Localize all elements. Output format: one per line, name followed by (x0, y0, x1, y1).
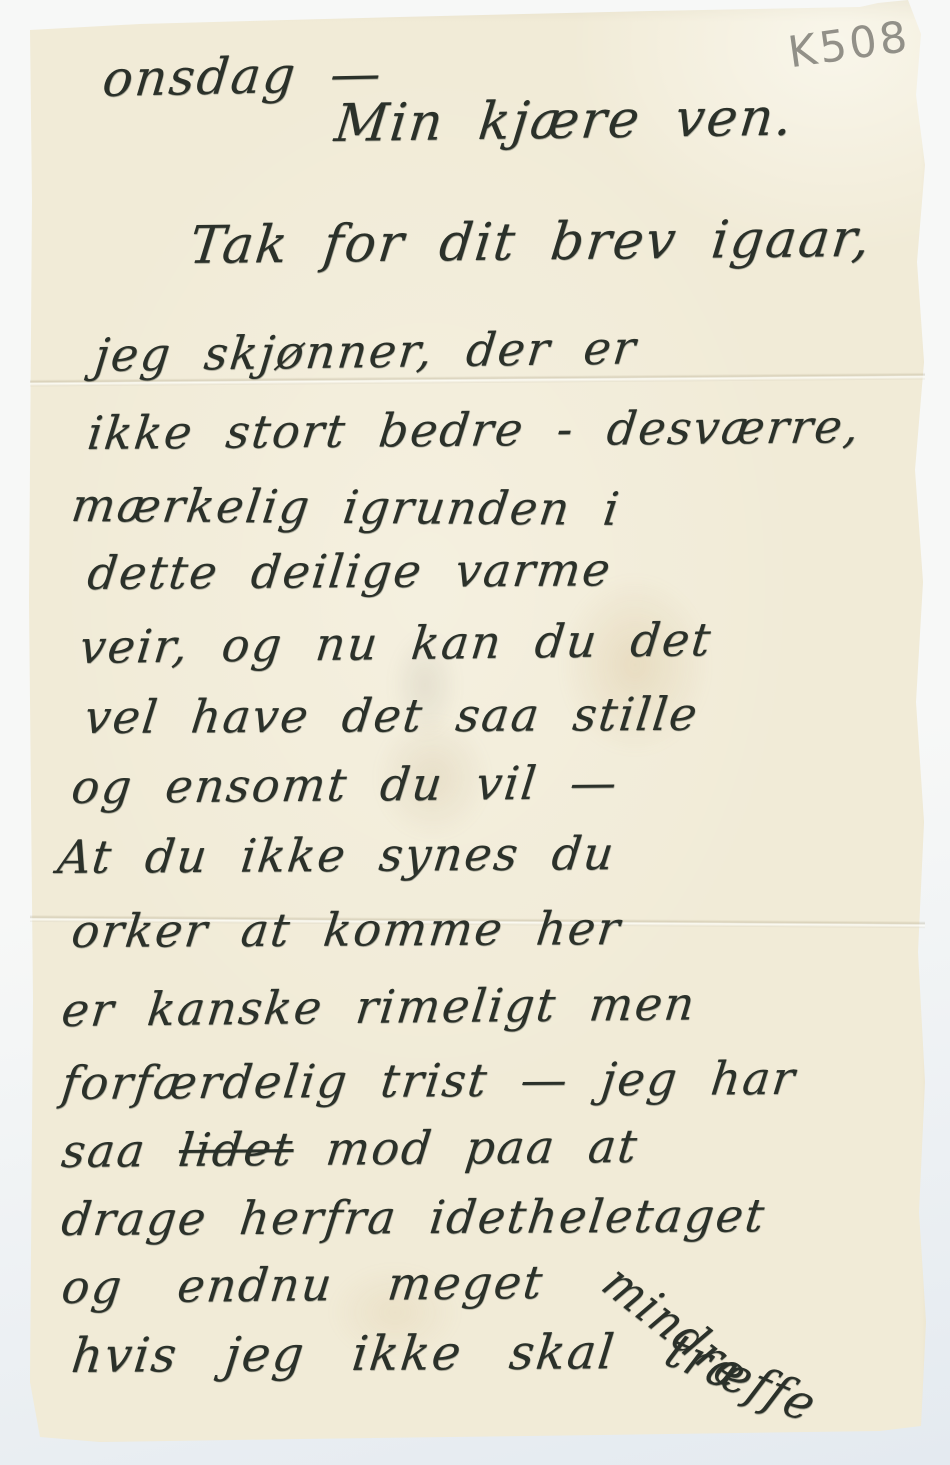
handwritten-line: forfærdelig trist — jeg har (59, 1051, 799, 1110)
handwritten-line: er kanske rimeligt men (59, 976, 699, 1037)
handwritten-line: saa lidet mod paa at (59, 1119, 642, 1178)
handwritten-line: vel have det saa stille (82, 687, 702, 744)
handwritten-line: veir, og nu kan du det (77, 612, 715, 674)
line-segment: og endnu meget (59, 1254, 602, 1314)
handwritten-line: og ensomt du vil — (69, 755, 622, 814)
letter-scan: K508 onsdag — Min kjære ven. Tak for dit… (0, 0, 950, 1465)
handwritten-line: mærkelig igrunden i (68, 478, 623, 536)
handwritten-line: Tak for dit brev igaar, (187, 209, 875, 276)
handwritten-line: hvis jeg ikke skal træffe (69, 1323, 829, 1384)
handwritten-line: og endnu meget mindre (59, 1252, 780, 1314)
handwritten-line: orker at komme her (69, 901, 625, 958)
line-segment: mod paa at (291, 1119, 642, 1176)
handwritten-line: dette deilige varme (85, 542, 615, 600)
handwritten-line: ikke stort bedre - desværre, (85, 399, 864, 460)
handwritten-line: jeg skjønner, der er (92, 320, 640, 382)
struck-word: lidet (176, 1122, 297, 1177)
salutation: Min kjære ven. (332, 88, 797, 155)
handwritten-line: drage herfra idetheletaget (59, 1188, 769, 1246)
handwritten-line: At du ikke synes du (55, 826, 619, 884)
line-segment: hvis jeg ikke skal (69, 1324, 666, 1384)
line-segment: saa (59, 1123, 182, 1178)
